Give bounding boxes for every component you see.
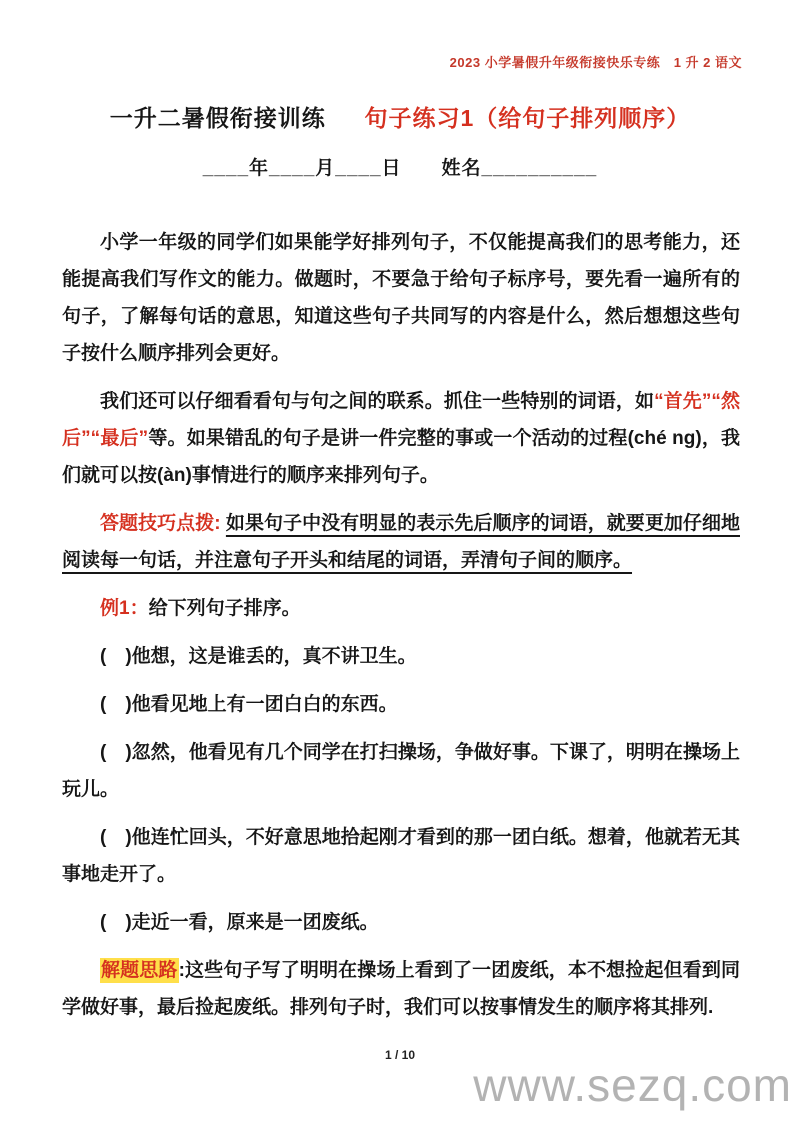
text-segment: 我们还可以仔细看看句与句之间的联系。抓住一些特别的词语，如 [100, 391, 654, 412]
example-item-4: ( )他连忙回头，不好意思地拾起刚才看到的那一团白纸。想着，他就若无其事地走开了… [62, 819, 740, 893]
watermark: www.sezq.com [473, 1058, 792, 1112]
example-item-1: ( )他想，这是谁丢的，真不讲卫生。 [62, 638, 740, 675]
intro-paragraph: 小学一年级的同学们如果能学好排列句子，不仅能提高我们的思考能力，还能提高我们写作… [62, 224, 740, 372]
text-segment: ( )忽然，他看见有几个同学在打扫操场，争做好事。下课了，明明在操场上玩儿。 [62, 742, 740, 800]
example-item-2: ( )他看见地上有一团白白的东西。 [62, 686, 740, 723]
example-item-3: ( )忽然，他看见有几个同学在打扫操场，争做好事。下课了，明明在操场上玩儿。 [62, 734, 740, 808]
page-title-black: 一升二暑假衔接训练 [110, 105, 326, 131]
example-1-label: 例1：给下列句子排序。 [62, 590, 740, 627]
text-segment: 等。如果错乱的句子是讲一件完整的事或一个活动的过程(ché ng)，我们就可以按… [62, 428, 740, 486]
text-segment: ( )他连忙回头，不好意思地拾起刚才看到的那一团白纸。想着，他就若无其事地走开了… [62, 827, 740, 885]
date-name-line: ____年____月____日 姓名__________ [0, 153, 800, 180]
document-page: 2023 小学暑假升年级衔接快乐专练 1 升 2 语文 一升二暑假衔接训练 句子… [0, 0, 800, 1131]
method-paragraph: 我们还可以仔细看看句与句之间的联系。抓住一些特别的词语，如“首先”“然后”“最后… [62, 383, 740, 494]
text-segment: ( )走近一看，原来是一团废纸。 [100, 912, 379, 933]
page-title: 一升二暑假衔接训练 句子练习1（给句子排列顺序） [0, 100, 800, 133]
text-segment: 例1： [100, 598, 149, 619]
page-title-red: 句子练习1（给句子排列顺序） [364, 105, 690, 131]
document-header: 2023 小学暑假升年级衔接快乐专练 1 升 2 语文 [0, 52, 742, 71]
document-body: 小学一年级的同学们如果能学好排列句子，不仅能提高我们的思考能力，还能提高我们写作… [62, 224, 740, 1037]
text-segment: ( )他想，这是谁丢的，真不讲卫生。 [100, 646, 417, 667]
text-segment: ( )他看见地上有一团白白的东西。 [100, 694, 398, 715]
text-segment: 解题思路 [100, 958, 179, 983]
answer-tips-paragraph: 答题技巧点拨: 如果句子中没有明显的表示先后顺序的词语，就要更加仔细地阅读每一句… [62, 505, 740, 579]
example-item-5: ( )走近一看，原来是一团废纸。 [62, 904, 740, 941]
text-segment: 答题技巧点拨: [100, 513, 226, 534]
text-segment: 给下列句子排序。 [149, 598, 301, 619]
text-segment: 小学一年级的同学们如果能学好排列句子，不仅能提高我们的思考能力，还能提高我们写作… [62, 232, 740, 364]
solution-paragraph: 解题思路:这些句子写了明明在操场上看到了一团废纸，本不想捡起但看到同学做好事，最… [62, 952, 740, 1026]
